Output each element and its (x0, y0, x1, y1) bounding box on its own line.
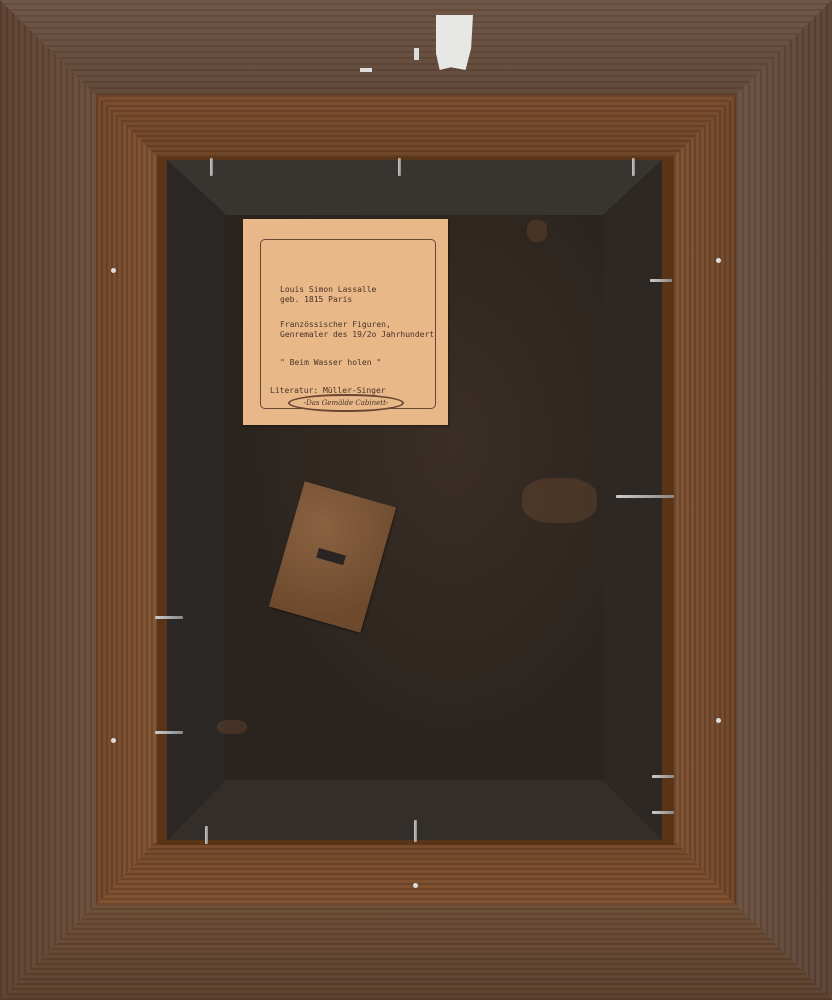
label-title: " Beim Wasser holen " (280, 358, 381, 368)
nail (205, 826, 208, 844)
paint-chip (414, 48, 419, 60)
nail (652, 775, 674, 778)
wood-stain (522, 478, 597, 523)
nail-head (111, 738, 116, 743)
wood-stain (217, 720, 247, 734)
inner-frame-top (96, 95, 736, 157)
cartouche-text: -Das Gemälde Cabinett- (304, 399, 389, 407)
tape-remnant (436, 15, 473, 70)
nail (652, 811, 674, 814)
wood-stain (527, 220, 547, 242)
label-cartouche: -Das Gemälde Cabinett- (288, 394, 404, 412)
inner-frame-bottom (96, 840, 736, 905)
provenance-label: Louis Simon Lassalle geb. 1815 Paris Fra… (243, 219, 448, 425)
outer-frame-right (736, 0, 832, 1000)
nail-head (111, 268, 116, 273)
paint-chip (360, 68, 372, 72)
nail (616, 495, 674, 498)
stretcher-bar-right (604, 160, 662, 840)
nail (650, 279, 672, 282)
nail-head (716, 258, 721, 263)
label-birth: geb. 1815 Paris (280, 295, 352, 305)
nail (210, 158, 213, 176)
stretcher-bar-top (167, 160, 662, 215)
nail (155, 616, 183, 619)
label-genre: Genremaler des 19/2o Jahrhundert (280, 330, 434, 340)
stretcher-bar-left (167, 160, 225, 840)
nail (155, 731, 183, 734)
nail-head (413, 883, 418, 888)
label-description: Französsischer Figuren, (280, 320, 391, 330)
outer-frame-left (0, 0, 96, 1000)
inner-frame-right (674, 95, 736, 905)
outer-frame-bottom (0, 905, 832, 1000)
label-artist-name: Louis Simon Lassalle (280, 285, 376, 295)
nail (398, 158, 401, 176)
nail (414, 820, 417, 842)
inner-frame-left (96, 95, 157, 905)
scrap-ink-mark (316, 548, 346, 565)
nail (632, 158, 635, 176)
nail-head (716, 718, 721, 723)
